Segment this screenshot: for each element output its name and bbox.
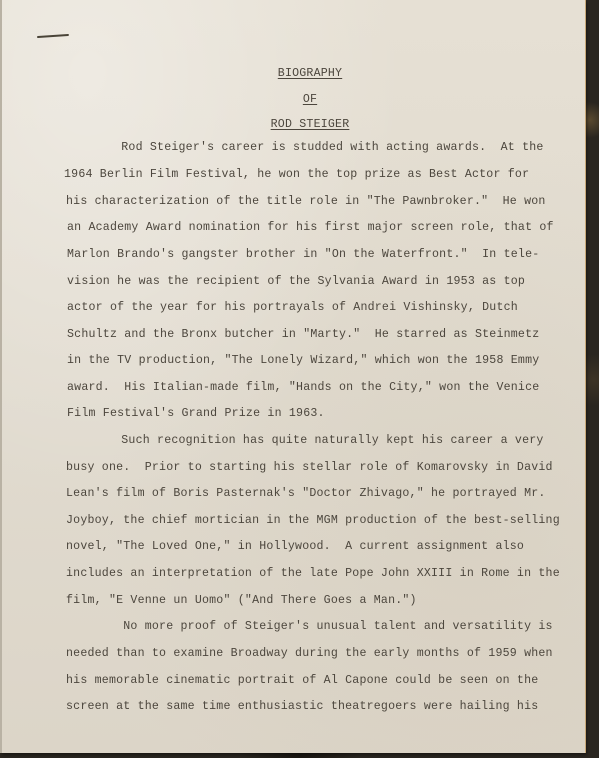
text-line: in the TV production, "The Lonely Wizard… — [67, 354, 539, 368]
text-line: film, "E Venne un Uomo" ("And There Goes… — [66, 594, 417, 608]
text-line: 1964 Berlin Film Festival, he won the to… — [64, 168, 529, 182]
title-biography: BIOGRAPHY — [0, 67, 599, 81]
title-of: OF — [0, 93, 599, 107]
page-edge — [0, 0, 2, 753]
text-line: his memorable cinematic portrait of Al C… — [66, 674, 538, 688]
text-line: Marlon Brando's gangster brother in "On … — [67, 248, 539, 262]
text-line: Lean's film of Boris Pasternak's "Doctor… — [66, 487, 546, 501]
text-line: Schultz and the Bronx butcher in "Marty.… — [67, 328, 539, 342]
text-line: Such recognition has quite naturally kep… — [64, 434, 544, 448]
text-line: an Academy Award nomination for his firs… — [67, 221, 554, 235]
text-line: includes an interpretation of the late P… — [66, 567, 560, 581]
text-line: his characterization of the title role i… — [66, 195, 546, 209]
text-line: No more proof of Steiger's unusual talen… — [66, 620, 553, 634]
text-line: award. His Italian-made film, "Hands on … — [67, 381, 539, 395]
title-name: ROD STEIGER — [0, 118, 599, 132]
typewritten-page: BIOGRAPHY OF ROD STEIGER Rod Steiger's c… — [0, 0, 585, 753]
text-line: screen at the same time enthusiastic the… — [66, 700, 538, 714]
text-line: Joyboy, the chief mortician in the MGM p… — [66, 514, 560, 528]
text-line: Rod Steiger's career is studded with act… — [64, 141, 544, 155]
text-line: actor of the year for his portrayals of … — [67, 301, 518, 315]
text-line: Film Festival's Grand Prize in 1963. — [67, 407, 325, 421]
text-line: vision he was the recipient of the Sylva… — [67, 275, 525, 289]
text-line: needed than to examine Broadway during t… — [66, 647, 553, 661]
text-line: novel, "The Loved One," in Hollywood. A … — [66, 540, 524, 554]
text-line: busy one. Prior to starting his stellar … — [66, 461, 553, 475]
pen-mark — [37, 34, 69, 38]
